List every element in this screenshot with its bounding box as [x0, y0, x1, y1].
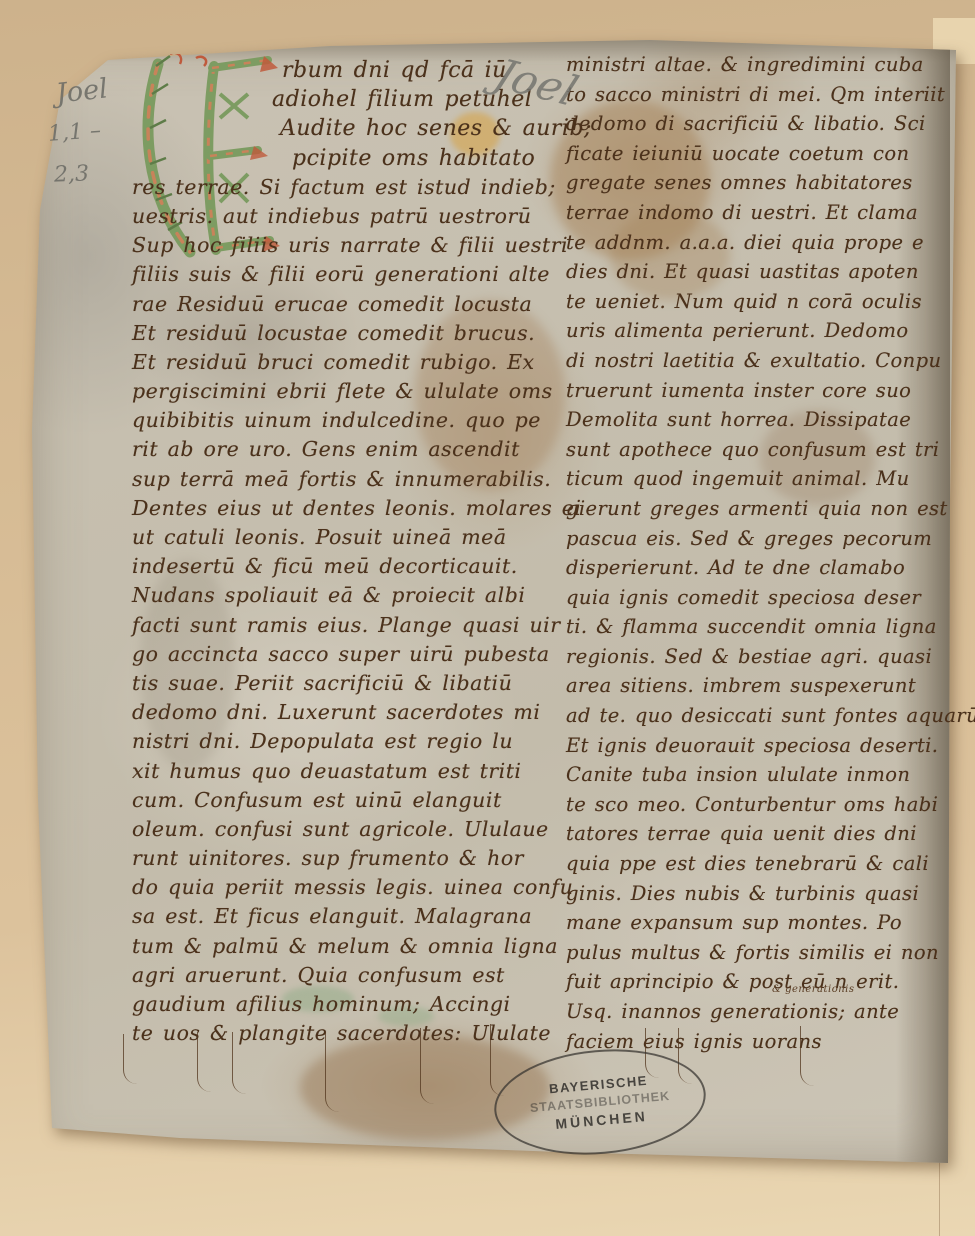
text-line: Et residuū locustae comedit brucus.: [132, 319, 544, 348]
pencil-annotation-joel-margin: Joel: [55, 73, 110, 109]
text-line: dedomo di sacrificiū & libatio. Sci: [566, 109, 950, 139]
text-line: pcipite oms habitato: [292, 144, 544, 173]
text-line: pascua eis. Sed & greges pecorum: [566, 524, 950, 554]
text-line: di nostri laetitia & exultatio. Conpu: [566, 346, 950, 376]
text-line: te addnm. a.a.a. diei quia prope e: [566, 228, 950, 258]
text-line: mane expansum sup montes. Po: [566, 908, 950, 938]
text-line: Usq. inannos generationis; ante: [566, 997, 950, 1027]
text-line: ministri altae. & ingredimini cuba: [566, 50, 950, 80]
text-line: res terrae. Si factum est istud indieb;: [132, 173, 544, 202]
text-line: cum. Confusum est uinū elanguit: [132, 786, 544, 815]
pen-flourish: [123, 1034, 138, 1084]
text-line: indesertū & ficū meū decorticauit.: [132, 552, 544, 581]
text-line: gaudium afilius hominum; Accingi: [132, 990, 544, 1019]
text-line: dies dni. Et quasi uastitas apoten: [566, 257, 950, 287]
text-line: quia ignis comedit speciosa deser: [566, 583, 950, 613]
text-line: truerunt iumenta inster core suo: [566, 376, 950, 406]
text-line: dedomo dni. Luxerunt sacerdotes mi: [132, 698, 544, 727]
text-line: rae Residuū erucae comedit locusta: [132, 290, 544, 319]
text-line: filiis suis & filii eorū generationi alt…: [132, 260, 544, 289]
text-line: xit humus quo deuastatum est triti: [132, 757, 544, 786]
text-line: Canite tuba insion ululate inmon: [566, 760, 950, 790]
text-line: pergiscimini ebrii flete & ululate oms: [132, 377, 544, 406]
text-line: oleum. confusi sunt agricole. Ululaue: [132, 815, 544, 844]
text-line: tatores terrae quia uenit dies dni: [566, 819, 950, 849]
text-line: sa est. Et ficus elanguit. Malagrana: [132, 902, 544, 931]
pen-flourish: [325, 1032, 340, 1112]
text-line: gierunt greges armenti quia non est: [566, 494, 950, 524]
text-line: tum & palmū & melum & omnia ligna: [132, 932, 544, 961]
text-line: Et residuū bruci comedit rubigo. Ex: [132, 348, 544, 377]
text-line: gregate senes omnes habitatores: [566, 168, 950, 198]
text-line: fuit aprincipio & post eū n erit.: [566, 967, 950, 997]
text-line: area sitiens. imbrem suspexerunt: [566, 671, 950, 701]
text-line: quia ppe est dies tenebrarū & cali: [566, 849, 950, 879]
text-line: sup terrā meā fortis & innumerabilis.: [132, 465, 544, 494]
text-line: te ueniet. Num quid n corā oculis: [566, 287, 950, 317]
text-line: nistri dni. Depopulata est regio lu: [132, 727, 544, 756]
text-line: Audite hoc senes & aurib;: [280, 114, 544, 143]
text-line: Nudans spoliauit eā & proiecit albi: [132, 581, 544, 610]
text-column-left: rbum dni qd fcā iūadiohel filium petuhel…: [132, 56, 544, 1048]
pen-flourish: [490, 1024, 505, 1096]
text-line: terrae indomo di uestri. Et clama: [566, 198, 950, 228]
text-line: regionis. Sed & bestiae agri. quasi: [566, 642, 950, 672]
text-line: Demolita sunt horrea. Dissipatae: [566, 405, 950, 435]
text-line: rit ab ore uro. Gens enim ascendit: [132, 435, 544, 464]
text-line: ginis. Dies nubis & turbinis quasi: [566, 879, 950, 909]
text-line: uris alimenta perierunt. Dedomo: [566, 316, 950, 346]
text-line: do quia periit messis legis. uinea confu: [132, 873, 544, 902]
pen-flourish: [197, 1032, 212, 1092]
text-line: ficate ieiuniū uocate coetum con: [566, 139, 950, 169]
text-line: to sacco ministri di mei. Qm interiit: [566, 80, 950, 110]
text-line: ut catuli leonis. Posuit uineā meā: [132, 523, 544, 552]
pen-flourish: [232, 1032, 247, 1094]
text-line: disperierunt. Ad te dne clamabo: [566, 553, 950, 583]
pen-flourish: [420, 1028, 435, 1104]
text-line: sunt apothece quo confusum est tri: [566, 435, 950, 465]
manuscript-photo: rbum dni qd fcā iūadiohel filium petuhel…: [0, 0, 975, 1236]
text-line: pulus multus & fortis similis ei non: [566, 938, 950, 968]
text-line: go accincta sacco super uirū pubesta: [132, 640, 544, 669]
interlinear-gloss: & generationis: [772, 984, 855, 995]
text-line: te sco meo. Conturbentur oms habi: [566, 790, 950, 820]
text-line: ti. & flamma succendit omnia ligna: [566, 612, 950, 642]
text-line: ticum quod ingemuit animal. Mu: [566, 464, 950, 494]
text-line: tis suae. Periit sacrificiū & libatiū: [132, 669, 544, 698]
pen-flourish: [800, 1026, 815, 1086]
text-line: Et ignis deuorauit speciosa deserti.: [566, 731, 950, 761]
text-line: agri aruerunt. Quia confusum est: [132, 961, 544, 990]
pencil-annotation-verse-ref-2: 2,3: [54, 161, 90, 187]
pencil-annotation-verse-ref-1: 1,1 –: [47, 118, 102, 147]
text-line: quibibitis uinum indulcedine. quo pe: [132, 406, 544, 435]
text-line: uestris. aut indiebus patrū uestrorū: [132, 202, 544, 231]
text-line: runt uinitores. sup frumento & hor: [132, 844, 544, 873]
text-line: facti sunt ramis eius. Plange quasi uir: [132, 611, 544, 640]
text-column-right: ministri altae. & ingredimini cubato sac…: [566, 50, 950, 1056]
text-line: Dentes eius ut dentes leonis. molares ei: [132, 494, 544, 523]
text-line: Sup hoc filiis uris narrate & filii uest…: [132, 231, 544, 260]
text-line: ad te. quo desiccati sunt fontes aquarū.: [566, 701, 950, 731]
